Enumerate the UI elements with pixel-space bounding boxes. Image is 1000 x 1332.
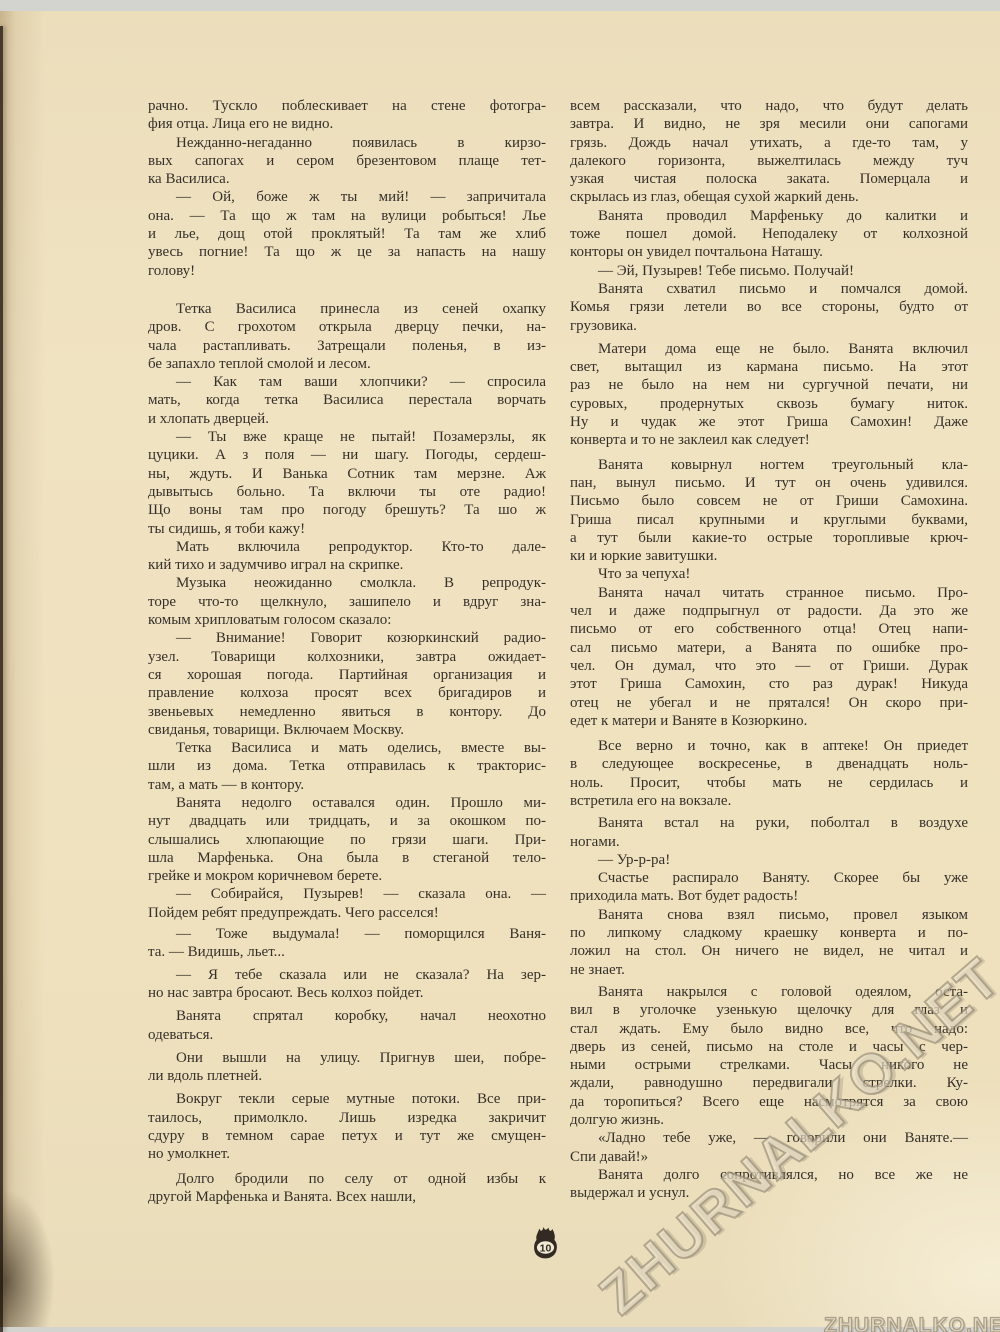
text-line: «Ладно тебе уже, — говорили они Ваняте.— [570, 1129, 968, 1147]
text-column-right: всем рассказали, что надо, что будут дел… [570, 97, 968, 1206]
text-line: — Тоже выдумала! — поморщился Ваня- [148, 925, 546, 943]
text-line: Ванята ковырнул ногтем треугольный кла- [570, 456, 968, 474]
paragraph: Ванята встал на руки, поболтал в воздухе… [570, 814, 968, 851]
text-line: вил в уголочке узенькую щелочку для глаз… [570, 1001, 968, 1019]
paragraph: Ванята недолго оставался один. Прошло ми… [148, 794, 546, 885]
text-line: — Ой, боже ж ты мий! — запричитала [148, 188, 546, 206]
text-line: узкая чистая полоска заката. Померцала и [570, 170, 968, 188]
paragraph: — Ур-р-ра! [570, 851, 968, 869]
text-line: Ванята накрылся с головой одеялом, оста- [570, 983, 968, 1001]
text-line: скрылась из глаз, обещая сухой жаркий де… [570, 188, 968, 206]
text-line: правление колхоза просят всех бригадиров… [148, 684, 546, 702]
text-line: Ванята начал читать странное письмо. Про… [570, 584, 968, 602]
text-line: далекого горизонта, выжелтилась между ту… [570, 152, 968, 170]
paragraph: Тетка Василиса и мать оделись, вместе вы… [148, 739, 546, 794]
text-line: ли вдоль плетней. [148, 1067, 546, 1085]
text-line: суровых, продернутых сквозь бумагу ниток… [570, 395, 968, 413]
text-line: по липкому сладкому краешку конверта и п… [570, 924, 968, 942]
text-line: свет, вытащил из кармана письмо. На этот [570, 358, 968, 376]
text-line: завтра. И видно, не зря месили они сапог… [570, 115, 968, 133]
page-number-badge: 10 [531, 1226, 560, 1262]
text-line: но нас завтра бросают. Весь колхоз пойде… [148, 984, 546, 1002]
text-line: Ванята схватил письмо и помчался домой. [570, 280, 968, 298]
text-line: и хлопать дверцей. [148, 410, 546, 428]
text-line: увесь погние! Та що ж це за напасть на н… [148, 243, 546, 261]
text-line: Ванята встал на руки, поболтал в воздухе [570, 814, 968, 832]
paragraph: Ванята спрятал коробку, начал неохотноод… [148, 1007, 546, 1044]
text-line: там, а мать — в контору. [148, 776, 546, 794]
text-line: Письмо было совсем не от Гриши Самохина. [570, 492, 968, 510]
text-line: чел и даже подпрыгнул от радости. Да это… [570, 602, 968, 620]
text-line: выдержал и уснул. [570, 1184, 968, 1202]
paragraph: — Внимание! Говорит козюркинский радио-у… [148, 629, 546, 739]
text-line: этот Гриша Самохин, сто раз дурак! Никуд… [570, 675, 968, 693]
text-line: цуцики. А з поля — ни шагу. Погоды, серд… [148, 446, 546, 464]
text-line: ноль. Просит, чтобы мать не сердилась и [570, 774, 968, 792]
text-line: ногами. [570, 833, 968, 851]
text-line: ны, ждуть. И Ванька Сотник там мерзне. А… [148, 465, 546, 483]
text-line: — Как там ваши хлопчики? — спросила [148, 373, 546, 391]
text-line: встретила его на вокзале. [570, 792, 968, 810]
text-line: нут двадцать или тридцать, и за окошком … [148, 812, 546, 830]
text-line: Що воны там про погоду брешуть? Та шо ж [148, 501, 546, 519]
paragraph: — Ой, боже ж ты мий! — запричиталаона. —… [148, 188, 546, 279]
text-line: а тут были какие-то острые торопливые кр… [570, 529, 968, 547]
text-line: конверта и то не заклеил как следует! [570, 431, 968, 449]
book-spine-shadow [0, 26, 3, 1332]
text-line: вых сапогах и сером брезентовом плаще те… [148, 152, 546, 170]
text-line: узел. Товарищи колхозники, завтра ожидае… [148, 648, 546, 666]
paragraph: Матери дома еще не было. Ванята включилс… [570, 340, 968, 450]
text-line: она. — Та що ж там на вулици робыться! Л… [148, 207, 546, 225]
text-line: сдуру в темном сарае петух и тут же смущ… [148, 1127, 546, 1145]
text-line: приходила мать. Вот будет радость! [570, 887, 968, 905]
text-line: едет к матери и Ваняте в Козюркино. [570, 712, 968, 730]
text-line: ты сидишь, я тоби кажу! [148, 520, 546, 538]
text-line: дверь из сеней, письмо на столе и часы с… [570, 1038, 968, 1056]
text-line: та. — Видишь, льет... [148, 943, 546, 961]
text-line: Вокруг текли серые мутные потоки. Все пр… [148, 1090, 546, 1108]
page-number: 10 [540, 1242, 552, 1254]
paragraph: «Ладно тебе уже, — говорили они Ваняте.—… [570, 1129, 968, 1166]
text-line: стал ждать. Ему было видно все, что надо… [570, 1020, 968, 1038]
paragraph: Нежданно-негаданно появилась в кирзо-вых… [148, 134, 546, 189]
text-line: — Ты вже краще не пытай! Позамерзлы, як [148, 428, 546, 446]
text-line: таилось, примолкло. Лишь изредка закричи… [148, 1109, 546, 1127]
text-line: в следующее воскресенье, в двенадцать но… [570, 755, 968, 773]
text-line: сал письмо матери, а Ванята по ошибке пр… [570, 639, 968, 657]
text-line: — Ур-р-ра! [570, 851, 968, 869]
text-line: Ванята проводил Марфеньку до калитки и [570, 207, 968, 225]
text-line: Долго бродили по селу от одной избы к [148, 1170, 546, 1188]
text-line: — Я тебе сказала или не сказала? На зер- [148, 966, 546, 984]
paragraph: Музыка неожиданно смолкла. В репродук-то… [148, 574, 546, 629]
text-line: да торопиться? Всего еще насмотрятся за … [570, 1093, 968, 1111]
text-line: Ванята снова взял письмо, провел языком [570, 906, 968, 924]
text-line: Мать включила репродуктор. Кто-то дале- [148, 538, 546, 556]
text-line: комым хрипловатым голосом сказало: [148, 611, 546, 629]
text-line: — Собирайся, Пузырев! — сказала она. — [148, 885, 546, 903]
text-line: конторы он увидел почтальона Наташу. [570, 243, 968, 261]
paragraph: Тетка Василиса принесла из сеней охапкуд… [148, 300, 546, 373]
text-line: Спи давай!» [570, 1148, 968, 1166]
text-line: дров. С грохотом открыла дверцу печки, н… [148, 318, 546, 336]
paragraph: — Ты вже краще не пытай! Позамерзлы, якц… [148, 428, 546, 538]
paragraph: Ванята проводил Марфеньку до калитки ито… [570, 207, 968, 262]
paragraph: — Я тебе сказала или не сказала? На зер-… [148, 966, 546, 1003]
text-line: Ванята недолго оставался один. Прошло ми… [148, 794, 546, 812]
text-line: бе запахло теплой смолой и лесом. [148, 355, 546, 373]
text-line: слышались хлюпающие по грязи шаги. При- [148, 831, 546, 849]
paragraph: Что за чепуха! [570, 565, 968, 583]
paragraph: Вокруг текли серые мутные потоки. Все пр… [148, 1090, 546, 1163]
paragraph: Мать включила репродуктор. Кто-то дале-к… [148, 538, 546, 575]
text-line: ными острыми стрелками. Часы никого не [570, 1056, 968, 1074]
text-line: Комья грязи летели во все стороны, будто… [570, 298, 968, 316]
text-line: грузовика. [570, 317, 968, 335]
text-line: тоже пошел домой. Неподалеку от колхозно… [570, 225, 968, 243]
text-line: Пойдем ребят предупреждать. Чего расселс… [148, 904, 546, 922]
text-line: пан, вынул письмо. И тут он очень удивил… [570, 474, 968, 492]
text-line: Ванята спрятал коробку, начал неохотно [148, 1007, 546, 1025]
text-line: и лье, дощ отой проклятый! Та там же хли… [148, 225, 546, 243]
text-line: чел. Он думал, что это — от Гриши. Дурак [570, 657, 968, 675]
text-line: Гриша писал крупными и круглыми буквами, [570, 511, 968, 529]
text-line: голову! [148, 262, 546, 280]
paragraph: Счастье распирало Ваняту. Скорее бы ужеп… [570, 869, 968, 906]
text-line: ждали, равнодушно передвигали стрелки. К… [570, 1074, 968, 1092]
paragraph: Ванята снова взял письмо, провел языкомп… [570, 906, 968, 979]
text-line: Тетка Василиса принесла из сеней охапку [148, 300, 546, 318]
text-line: Ну и чудак же этот Гриша Самохин! Даже [570, 413, 968, 431]
text-line: Нежданно-негаданно появилась в кирзо- [148, 134, 546, 152]
text-line: дывытысь больно. Та включи ты оте радио! [148, 483, 546, 501]
text-line: свиданья, товарищи. Включаем Москву. [148, 721, 546, 739]
watermark-corner: ZHURNALKO.NET [824, 1314, 1000, 1332]
text-line: — Эй, Пузырев! Тебе письмо. Получай! [570, 262, 968, 280]
text-line: Матери дома еще не было. Ванята включил [570, 340, 968, 358]
paragraph: — Собирайся, Пузырев! — сказала она. —По… [148, 885, 546, 922]
paragraph: Ванята схватил письмо и помчался домой.К… [570, 280, 968, 335]
text-line: ся хорошая погода. Партийная организация… [148, 666, 546, 684]
text-line: — Внимание! Говорит козюркинский радио- [148, 629, 546, 647]
paragraph: Они вышли на улицу. Пригнув шеи, побре-л… [148, 1049, 546, 1086]
text-line: письмо от его собственного отца! Отец на… [570, 620, 968, 638]
paragraph: — Как там ваши хлопчики? — спросиламать,… [148, 373, 546, 428]
text-line: Музыка неожиданно смолкла. В репродук- [148, 574, 546, 592]
text-line: грейке и мокром коричневом берете. [148, 867, 546, 885]
text-line: Что за чепуха! [570, 565, 968, 583]
paragraph: Ванята долго сопротивлялся, но все же не… [570, 1166, 968, 1203]
text-line: Все верно и точно, как в аптеке! Он прие… [570, 737, 968, 755]
text-line: другой Марфенька и Ванята. Всех нашли, [148, 1188, 546, 1206]
text-line: раз не было на нем ни сургучной печати, … [570, 376, 968, 394]
text-line: не знает. [570, 961, 968, 979]
text-line: шли из дома. Тетка отправилась к трактор… [148, 757, 546, 775]
paragraph: — Эй, Пузырев! Тебе письмо. Получай! [570, 262, 968, 280]
text-line: долгую жизнь. [570, 1111, 968, 1129]
text-columns: рачно. Тускло поблескивает на стене фото… [148, 97, 968, 1206]
text-line: Ванята долго сопротивлялся, но все же не [570, 1166, 968, 1184]
paragraph: Ванята ковырнул ногтем треугольный кла-п… [570, 456, 968, 566]
text-line: звеньевых немедленно явиться в контору. … [148, 703, 546, 721]
text-line: ка Василиса. [148, 170, 546, 188]
text-line: одеваться. [148, 1026, 546, 1044]
text-line: грязь. Дождь начал утихать, а где-то там… [570, 134, 968, 152]
text-line: всем рассказали, что надо, что будут дел… [570, 97, 968, 115]
text-line: кий тихо и задумчиво играл на скрипке. [148, 556, 546, 574]
text-line: но умолкнет. [148, 1145, 546, 1163]
text-line: ложил на стол. Он ничего не видел, не чи… [570, 942, 968, 960]
scanned-page: рачно. Тускло поблескивает на стене фото… [0, 0, 1000, 1332]
book-page: рачно. Тускло поблескивает на стене фото… [0, 11, 1000, 1327]
text-line: Они вышли на улицу. Пригнув шеи, побре- [148, 1049, 546, 1067]
paragraph: рачно. Тускло поблескивает на стене фото… [148, 97, 546, 134]
text-line: Тетка Василиса и мать оделись, вместе вы… [148, 739, 546, 757]
paragraph: всем рассказали, что надо, что будут дел… [570, 97, 968, 207]
text-line: рачно. Тускло поблескивает на стене фото… [148, 97, 546, 115]
paragraph: Долго бродили по селу от одной избы кдру… [148, 1170, 546, 1207]
text-line: фия отца. Лица его не видно. [148, 115, 546, 133]
paragraph: — Тоже выдумала! — поморщился Ваня-та. —… [148, 925, 546, 962]
text-line: мать, когда тетка Василиса перестала вор… [148, 391, 546, 409]
text-line: шла Марфенька. Она была в стеганой тело- [148, 849, 546, 867]
paragraph: Ванята накрылся с головой одеялом, оста-… [570, 983, 968, 1129]
paragraph: Все верно и точно, как в аптеке! Он прие… [570, 737, 968, 810]
text-line: Счастье распирало Ваняту. Скорее бы уже [570, 869, 968, 887]
text-line: отец не убегал и не прятался! Он скоро п… [570, 694, 968, 712]
paragraph: Ванята начал читать странное письмо. Про… [570, 584, 968, 730]
text-line: чала растапливать. Затрещали поленья, в … [148, 337, 546, 355]
text-column-left: рачно. Тускло поблескивает на стене фото… [148, 97, 546, 1206]
text-line: ки и юркие завитушки. [570, 547, 968, 565]
text-line: торе что-то щелкнуло, зашипело и вдруг з… [148, 593, 546, 611]
